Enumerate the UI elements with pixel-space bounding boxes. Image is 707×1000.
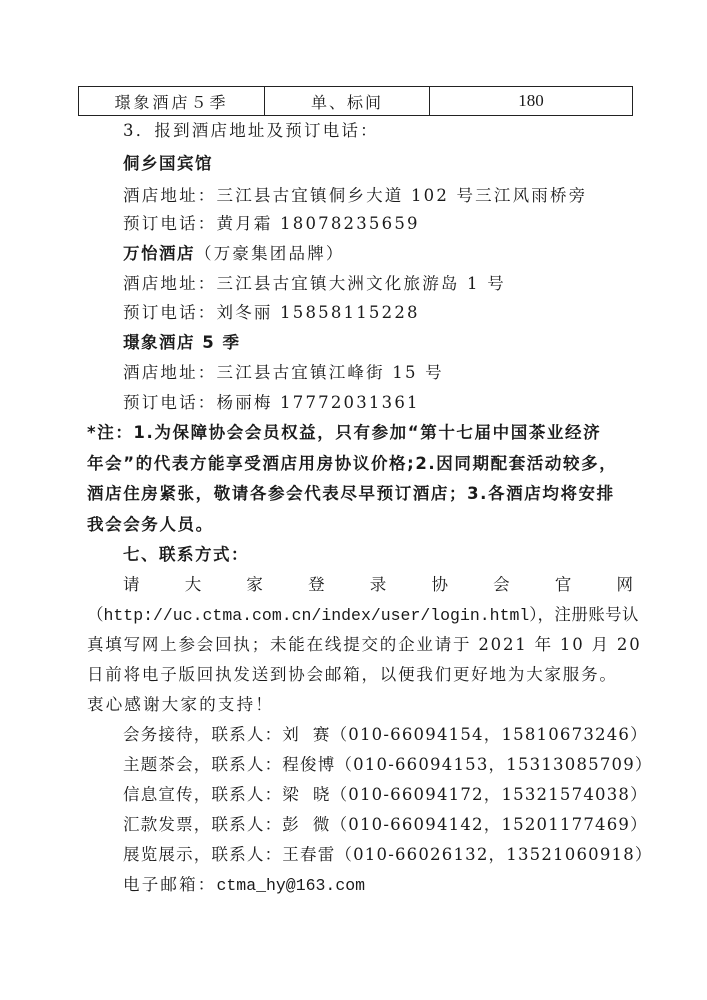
contact-row: 汇款发票，联系人：彭 微（010-66094142，15201177469） xyxy=(123,815,648,835)
note-line: *注：1.为保障协会会员权益，只有参加“第十七届中国茶业经济 xyxy=(87,423,601,443)
hotel-2-phone: 预订电话：刘冬丽 15858115228 xyxy=(123,303,420,323)
table-cell-price: 180 xyxy=(430,87,632,115)
note-line: 我会会务人员。 xyxy=(87,515,214,535)
section7-heading: 七、联系方式： xyxy=(123,545,249,565)
hotel-3-phone: 预订电话：杨丽梅 17772031361 xyxy=(123,393,420,413)
para-line: 日前将电子版回执发送到协会邮箱，以便我们更好地为大家服务。 xyxy=(87,665,618,685)
contact-row: 主题茶会，联系人：程俊博（010-66094153，15313085709） xyxy=(123,755,653,775)
spread-line: 请 大 家 登 录 协 会 官 网 xyxy=(123,575,633,595)
hotel-2-title: 万怡酒店（万豪集团品牌） xyxy=(123,244,345,264)
note-line: 年会”的代表方能享受酒店用房协议价格;2.因同期配套活动较多， xyxy=(87,454,617,474)
hotel-1-phone: 预订电话：黄月霜 18078235659 xyxy=(123,214,420,234)
section3-heading: 3．报到酒店地址及预订电话： xyxy=(123,121,379,141)
hotel-3-address: 酒店地址：三江县古宜镇江峰街 15 号 xyxy=(123,363,444,383)
table-cell-room-type: 单、标间 xyxy=(265,87,430,115)
contact-row: 信息宣传，联系人：梁 晓（010-66094172，15321574038） xyxy=(123,785,648,805)
contact-row: 会务接待，联系人：刘 赛（010-66094154，15810673246） xyxy=(123,725,648,745)
hotel-1-address: 酒店地址：三江县古宜镇侗乡大道 102 号三江风雨桥旁 xyxy=(123,186,587,206)
email-line: 电子邮箱：ctma_hy@163.com xyxy=(123,875,365,896)
note-line: 酒店住房紧张，敬请各参会代表尽早预订酒店；3.各酒店均将安排 xyxy=(87,484,615,504)
contact-row: 展览展示，联系人：王春雷（010-66026132，13521060918） xyxy=(123,845,653,865)
para-line: 真填写网上参会回执；未能在线提交的企业请于 2021 年 10 月 20 xyxy=(87,635,642,655)
hotel-1-name: 侗乡国宾馆 xyxy=(123,154,213,174)
url-line: （http://uc.ctma.com.cn/index/user/login.… xyxy=(87,605,639,626)
hotel-3-name: 璟象酒店 5 季 xyxy=(123,333,240,353)
login-url-link[interactable]: （http://uc.ctma.com.cn/index/user/login.… xyxy=(87,606,538,625)
hotel-2-name: 万怡酒店 xyxy=(123,244,195,263)
para-line: 衷心感谢大家的支持！ xyxy=(87,695,274,715)
hotel-2-address: 酒店地址：三江县古宜镇大洲文化旅游岛 1 号 xyxy=(123,274,506,294)
email-link[interactable]: ctma_hy@163.com xyxy=(217,876,366,895)
hotel-2-suffix: （万豪集团品牌） xyxy=(195,244,345,263)
hotel-price-table-row: 璟象酒店５季 单、标间 180 xyxy=(78,86,633,116)
table-cell-hotel: 璟象酒店５季 xyxy=(79,87,265,115)
